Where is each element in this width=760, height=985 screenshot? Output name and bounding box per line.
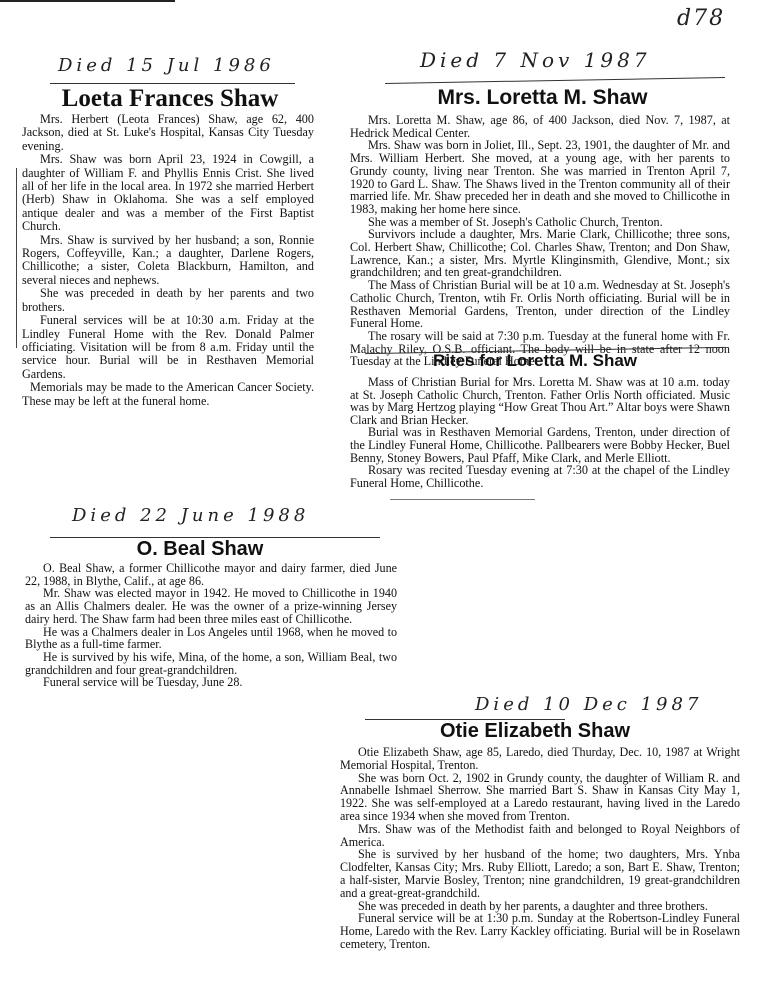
paragraph: The Mass of Christian Burial will be at … [350,279,730,330]
paragraph: She was preceded in death by her parents… [22,287,314,314]
paragraph: Otie Elizabeth Shaw, age 85, Laredo, die… [340,746,740,772]
clipping-edge [16,168,17,348]
paragraph: Mrs. Shaw was born April 23, 1924 in Cow… [22,153,314,233]
obituary-body: Mrs. Loretta M. Shaw, age 86, of 400 Jac… [350,114,730,368]
paragraph: O. Beal Shaw, a former Chillicothe mayor… [25,562,397,587]
paragraph: Mass of Christian Burial for Mrs. Lorett… [350,376,730,426]
handwritten-date: Died 22 June 1988 [72,505,309,526]
paragraph: Survivors include a daughter, Mrs. Marie… [350,228,730,279]
paragraph: Memorials may be made to the American Ca… [22,381,314,408]
obituary-title: Otie Elizabeth Shaw [335,720,735,743]
paragraph: Mr. Shaw was elected mayor in 1942. He m… [25,587,397,625]
paragraph: Burial was in Resthaven Memorial Gardens… [350,426,730,464]
paragraph: Mrs. Shaw was born in Joliet, Ill., Sept… [350,139,730,215]
obituary-title: Loeta Frances Shaw [0,85,340,113]
handwritten-date: Died 7 Nov 1987 [420,48,651,72]
paragraph: Funeral service will be Tuesday, June 28… [25,676,397,689]
handwritten-date: Died 10 Dec 1987 [475,694,702,715]
scan-edge-artifact [0,0,175,2]
paragraph: Funeral service will be at 1:30 p.m. Sun… [340,912,740,950]
obituary-body: O. Beal Shaw, a former Chillicothe mayor… [25,562,397,689]
paragraph: Mrs. Shaw was of the Methodist faith and… [340,823,740,849]
divider [50,83,295,84]
article-body: Mass of Christian Burial for Mrs. Lorett… [350,376,730,489]
page-note-handwritten: d78 [677,6,725,31]
paragraph: She was born Oct. 2, 1902 in Grundy coun… [340,772,740,823]
paragraph: She is survived by her husband of the ho… [340,848,740,899]
handwritten-date: Died 15 Jul 1986 [58,55,275,76]
paragraph: Mrs. Herbert (Leota Frances) Shaw, age 6… [22,113,314,153]
obituary-title: O. Beal Shaw [60,538,340,561]
paragraph: Funeral services will be at 10:30 a.m. F… [22,314,314,381]
obituary-body: Otie Elizabeth Shaw, age 85, Laredo, die… [340,746,740,951]
paragraph: He is survived by his wife, Mina, of the… [25,651,397,676]
paragraph: Mrs. Loretta M. Shaw, age 86, of 400 Jac… [350,114,730,139]
paragraph: Mrs. Shaw is survived by her husband; a … [22,234,314,288]
divider [390,499,535,500]
divider [385,77,725,84]
paragraph: Rosary was recited Tuesday evening at 7:… [350,464,730,489]
paragraph: He was a Chalmers dealer in Los Angeles … [25,626,397,651]
article-title: Rites for Loretta M. Shaw [345,351,725,371]
obituary-body: Mrs. Herbert (Leota Frances) Shaw, age 6… [22,113,314,408]
obituary-title: Mrs. Loretta M. Shaw [345,86,740,110]
